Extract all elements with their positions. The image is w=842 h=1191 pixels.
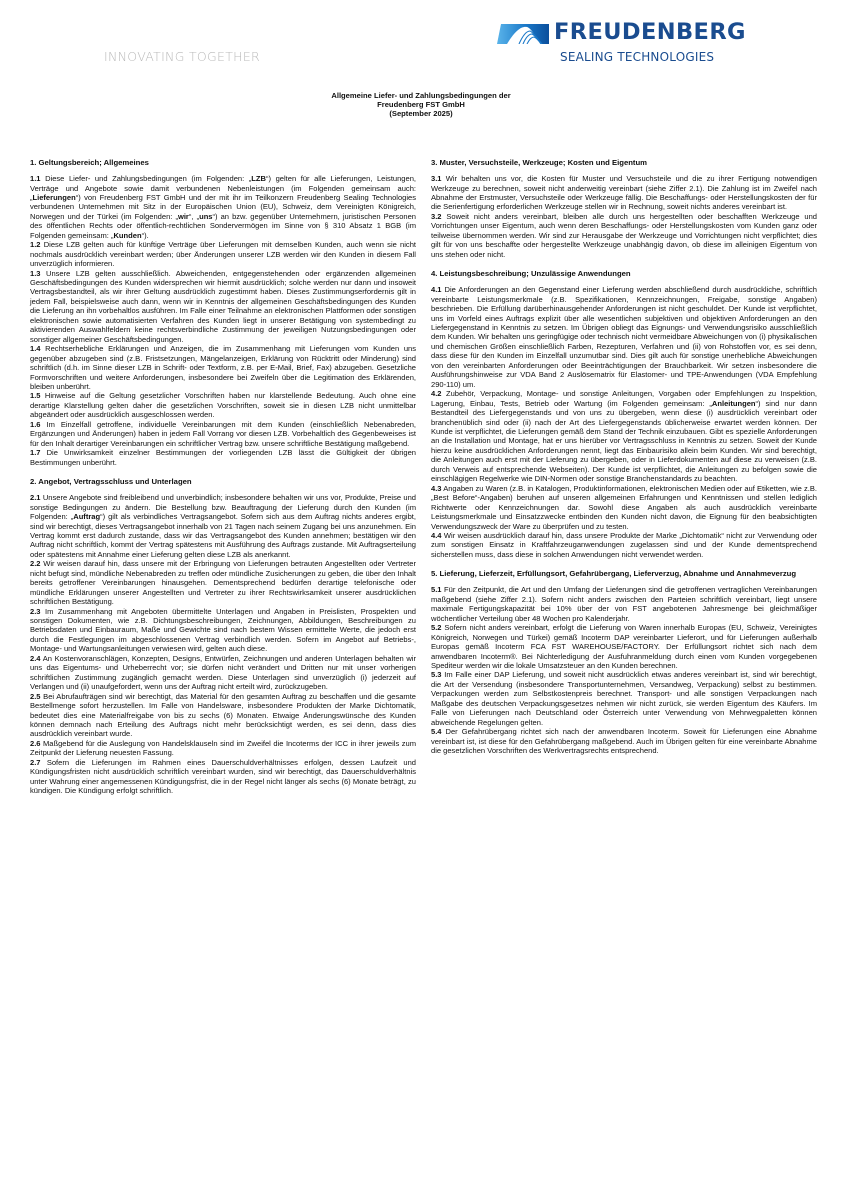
section-heading: 2. Angebot, Vertragsschluss und Unterlag… xyxy=(30,477,416,486)
right-column: 3. Muster, Versuchsteile, Werkzeuge; Kos… xyxy=(431,158,817,756)
clause-5.1: 5.1 Für den Zeitpunkt, die Art und den U… xyxy=(431,585,817,623)
section-heading: 4. Leistungsbeschreibung; Unzulässige An… xyxy=(431,269,817,278)
clause-number: 2.2 xyxy=(30,559,41,568)
clause-number: 5.4 xyxy=(431,727,442,736)
clause-1.3: 1.3 Unsere LZB gelten ausschließlich. Ab… xyxy=(30,269,416,345)
clause-2.4: 2.4 An Kostenvoranschlägen, Konzepten, D… xyxy=(30,654,416,692)
clause-4.3: 4.3 Angaben zu Waren (z.B. in Katalogen,… xyxy=(431,484,817,531)
clause-number: 5.1 xyxy=(431,585,442,594)
clause-text: Rechtserhebliche Erklärungen und Anzeige… xyxy=(30,344,416,391)
clause-text: Diese LZB gelten auch für künftige Vertr… xyxy=(30,240,416,268)
clause-number: 3.1 xyxy=(431,174,442,183)
clause-text: Die Anforderungen an den Gegenstand eine… xyxy=(431,285,817,389)
clause-text: Im Falle einer DAP Lieferung, und soweit… xyxy=(431,670,817,726)
section-2-clauses: 2.1 Unsere Angebote sind freibleibend un… xyxy=(30,493,416,796)
clause-number: 3.2 xyxy=(431,212,442,221)
clause-5.2: 5.2 Sofern nicht anders vereinbart, erfo… xyxy=(431,623,817,670)
logo-wordmark: FREUDENBERG xyxy=(554,19,746,45)
clause-number: 1.4 xyxy=(30,344,41,353)
clause-number: 2.5 xyxy=(30,692,41,701)
clause-text: Soweit nicht anders vereinbart, bleiben … xyxy=(431,212,817,259)
clause-text: Für den Zeitpunkt, die Art und den Umfan… xyxy=(431,585,817,622)
clause-number: 1.3 xyxy=(30,269,41,278)
clause-number: 4.3 xyxy=(431,484,442,493)
left-column: 1. Geltungsbereich; Allgemeines 1.1 Dies… xyxy=(30,158,416,796)
clause-number: 2.7 xyxy=(30,758,41,767)
clause-1.6: 1.6 Im Einzelfall getroffene, individuel… xyxy=(30,420,416,448)
clause-4.1: 4.1 Die Anforderungen an den Gegenstand … xyxy=(431,285,817,389)
title-line-1: Allgemeine Liefer- und Zahlungsbedingung… xyxy=(0,91,842,100)
clause-text: Die Unwirksamkeit einzelner Bestimmungen… xyxy=(30,448,416,466)
clause-text: Diese Liefer- und Zahlungsbedingungen (i… xyxy=(30,174,416,240)
clause-text: Wir weisen darauf hin, dass unsere mit d… xyxy=(30,559,416,606)
tagline: INNOVATING TOGETHER xyxy=(104,49,260,64)
clause-number: 5.3 xyxy=(431,670,442,679)
clause-1.5: 1.5 Hinweise auf die Geltung gesetzliche… xyxy=(30,391,416,419)
clause-number: 1.7 xyxy=(30,448,41,457)
clause-number: 2.1 xyxy=(30,493,41,502)
section-2: 2. Angebot, Vertragsschluss und Unterlag… xyxy=(30,477,416,796)
section-5: 5. Lieferung, Lieferzeit, Erfüllungsort,… xyxy=(431,569,817,755)
section-3-clauses: 3.1 Wir behalten uns vor, die Kosten für… xyxy=(431,174,817,259)
clause-number: 4.2 xyxy=(431,389,442,398)
clause-number: 1.1 xyxy=(30,174,41,183)
clause-1.4: 1.4 Rechtserhebliche Erklärungen und Anz… xyxy=(30,344,416,391)
section-1: 1. Geltungsbereich; Allgemeines 1.1 Dies… xyxy=(30,158,416,467)
clause-text: Der Gefahrübergang richtet sich nach der… xyxy=(431,727,817,755)
clause-number: 4.1 xyxy=(431,285,442,294)
clause-text: Wir behalten uns vor, die Kosten für Mus… xyxy=(431,174,817,211)
clause-text: Maßgebend für die Auslegung von Handelsk… xyxy=(30,739,416,757)
clause-number: 1.5 xyxy=(30,391,41,400)
section-4-clauses: 4.1 Die Anforderungen an den Gegenstand … xyxy=(431,285,817,559)
clause-number: 5.2 xyxy=(431,623,442,632)
clause-number: 1.6 xyxy=(30,420,41,429)
clause-4.4: 4.4 Wir weisen ausdrücklich darauf hin, … xyxy=(431,531,817,559)
clause-4.2: 4.2 Zubehör, Verpackung, Montage- und so… xyxy=(431,389,817,484)
clause-2.5: 2.5 Bei Abrufaufträgen sind wir berechti… xyxy=(30,692,416,739)
logo-subline: SEALING TECHNOLOGIES xyxy=(560,50,714,64)
clause-text: Wir weisen ausdrücklich darauf hin, dass… xyxy=(431,531,817,559)
clause-2.2: 2.2 Wir weisen darauf hin, dass unsere m… xyxy=(30,559,416,606)
clause-2.3: 2.3 Im Zusammenhang mit Angeboten übermi… xyxy=(30,607,416,654)
clause-text: Bei Abrufaufträgen sind wir berechtigt, … xyxy=(30,692,416,739)
clause-5.4: 5.4 Der Gefahrübergang richtet sich nach… xyxy=(431,727,817,755)
clause-5.3: 5.3 Im Falle einer DAP Lieferung, und so… xyxy=(431,670,817,727)
freudenberg-wave-logo-icon xyxy=(497,24,549,44)
clause-text: Sofern nicht anders vereinbart, erfolgt … xyxy=(431,623,817,670)
section-4: 4. Leistungsbeschreibung; Unzulässige An… xyxy=(431,269,817,559)
clause-text: Sofern die Lieferungen im Rahmen eines D… xyxy=(30,758,416,795)
clause-1.1: 1.1 Diese Liefer- und Zahlungsbedingunge… xyxy=(30,174,416,240)
clause-2.6: 2.6 Maßgebend für die Auslegung von Hand… xyxy=(30,739,416,758)
section-1-clauses: 1.1 Diese Liefer- und Zahlungsbedingunge… xyxy=(30,174,416,467)
section-heading: 3. Muster, Versuchsteile, Werkzeuge; Kos… xyxy=(431,158,817,167)
document-title: Allgemeine Liefer- und Zahlungsbedingung… xyxy=(0,91,842,119)
freudenberg-logo: FREUDENBERG SEALING TECHNOLOGIES xyxy=(497,20,797,70)
title-line-2: Freudenberg FST GmbH xyxy=(0,100,842,109)
title-line-3: (September 2025) xyxy=(0,109,842,118)
clause-text: An Kostenvoranschlägen, Konzepten, Desig… xyxy=(30,654,416,691)
section-3: 3. Muster, Versuchsteile, Werkzeuge; Kos… xyxy=(431,158,817,259)
clause-text: Unsere Angebote sind freibleibend und un… xyxy=(30,493,416,559)
clause-text: Im Einzelfall getroffene, individuelle V… xyxy=(30,420,416,448)
clause-number: 2.3 xyxy=(30,607,41,616)
clause-number: 2.6 xyxy=(30,739,41,748)
clause-number: 1.2 xyxy=(30,240,41,249)
clause-number: 2.4 xyxy=(30,654,41,663)
clause-2.7: 2.7 Sofern die Lieferungen im Rahmen ein… xyxy=(30,758,416,796)
clause-text: Zubehör, Verpackung, Montage- und sonsti… xyxy=(431,389,817,483)
clause-3.2: 3.2 Soweit nicht anders vereinbart, blei… xyxy=(431,212,817,259)
clause-1.7: 1.7 Die Unwirksamkeit einzelner Bestimmu… xyxy=(30,448,416,467)
clause-text: Angaben zu Waren (z.B. in Katalogen, Pro… xyxy=(431,484,817,531)
section-5-clauses: 5.1 Für den Zeitpunkt, die Art und den U… xyxy=(431,585,817,755)
clause-text: Unsere LZB gelten ausschließlich. Abweic… xyxy=(30,269,416,344)
section-heading: 1. Geltungsbereich; Allgemeines xyxy=(30,158,416,167)
clause-1.2: 1.2 Diese LZB gelten auch für künftige V… xyxy=(30,240,416,268)
clause-text: Hinweise auf die Geltung gesetzlicher Vo… xyxy=(30,391,416,419)
clause-2.1: 2.1 Unsere Angebote sind freibleibend un… xyxy=(30,493,416,559)
clause-number: 4.4 xyxy=(431,531,442,540)
clause-3.1: 3.1 Wir behalten uns vor, die Kosten für… xyxy=(431,174,817,212)
section-heading: 5. Lieferung, Lieferzeit, Erfüllungsort,… xyxy=(431,569,817,578)
clause-text: Im Zusammenhang mit Angeboten übermittel… xyxy=(30,607,416,654)
